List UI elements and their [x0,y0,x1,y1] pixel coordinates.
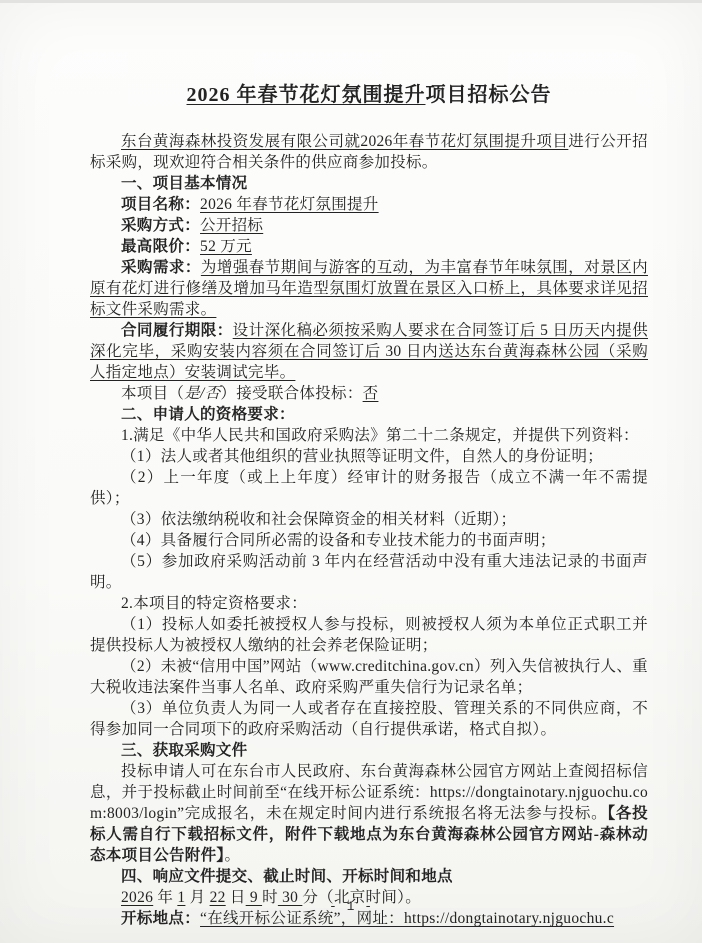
section-heading-1: 一、项目基本情况 [90,173,648,194]
field-label: 项目名称： [121,196,200,213]
document-title: 2026 年春节花灯氛围提升项目招标公告 [90,82,648,108]
qualification-item: （5）参加政府采购活动前 3 年内在经营活动中没有重大违法记录的书面声明。 [90,551,648,593]
section-heading-2: 二、申请人的资格要求： [90,404,648,425]
document-body: 2026 年春节花灯氛围提升项目招标公告 东台黄海森林投资发展有限公司就2026… [90,82,648,929]
field-label: 合同履行期限： [121,322,233,339]
qualification-item2-intro: 2.本项目的特定资格要求： [90,593,648,614]
qualification-item: （2）上一年度（或上上年度）经审计的财务报告（成立不满一年不需提供）； [90,467,648,509]
qualification-item: （3）依法缴纳税收和社会保障资金的相关材料（近期）； [90,509,648,530]
scanned-document-page: 2026 年春节花灯氛围提升项目招标公告 东台黄海森林投资发展有限公司就2026… [0,0,702,943]
qualification-item: （4）具备履行合同所必需的设备和专业技术能力的书面声明； [90,530,648,551]
joint-bid-yes-no: 是/否 [184,385,220,402]
joint-bid-line: 本项目（是/否）接受联合体投标：否 [90,383,648,404]
intro-underlined: 东台黄海森林投资发展有限公司就2026年春节花灯氛围提升项目 [121,133,568,150]
joint-bid-mid: ）接受联合体投标： [220,385,362,402]
field-procurement-requirements: 采购需求：为增强春节期间与游客的互动，为丰富春节年味氛围，对景区内原有花灯进行修… [90,257,648,320]
joint-bid-prefix: 本项目（ [121,385,184,402]
field-label: 最高限价： [121,238,200,255]
document-title-underlined: 2026 年春节花灯氛围提升 [187,84,426,106]
field-label: 采购需求： [121,259,201,276]
field-contract-period: 合同履行期限：设计深化稿必须按采购人要求在合同签订后 5 日历天内提供深化完毕，… [90,320,648,383]
field-price-limit: 最高限价：52 万元 [90,236,648,257]
obtain-documents-text: 投标申请人可在东台市人民政府、东台黄海森林公园官方网站上查阅招标信息，并于投标截… [90,763,648,822]
qualification-item: （1）法人或者其他组织的营业执照等证明文件，自然人的身份证明； [90,446,648,467]
qualification-item: （2）未被“信用中国”网站（www.creditchina.gov.cn）列入失… [90,656,648,698]
field-procurement-method: 采购方式：公开招标 [90,215,648,236]
obtain-documents-paragraph: 投标申请人可在东台市人民政府、东台黄海森林公园官方网站上查阅招标信息，并于投标截… [90,761,648,866]
section-heading-3: 三、获取采购文件 [90,740,648,761]
page-number: - 1 - [0,899,702,914]
intro-paragraph: 东台黄海森林投资发展有限公司就2026年春节花灯氛围提升项目进行公开招标采购，现… [90,131,648,173]
field-project-name: 项目名称：2026 年春节花灯氛围提升 [90,194,648,215]
field-label: 采购方式： [121,217,200,234]
qualification-item: （1）投标人如委托被授权人参与投标，则被授权人须为本单位正式职工并提供投标人为被… [90,614,648,656]
qualification-item: （3）单位负责人为同一人或者存在直接控股、管理关系的不同供应商，不得参加同一合同… [90,698,648,740]
joint-bid-answer: 否 [363,385,379,402]
field-value: 2026 年春节花灯氛围提升 [200,196,379,213]
field-value: 公开招标 [200,217,263,234]
section-heading-4: 四、响应文件提交、截止时间、开标时间和地点 [90,866,648,887]
qualification-item1-intro: 1.满足《中华人民共和国政府采购法》第二十二条规定，并提供下列资料： [90,425,648,446]
obtain-documents-tail: 。 [224,847,240,864]
document-title-plain: 项目招标公告 [426,84,552,106]
field-value: 52 万元 [200,238,252,255]
